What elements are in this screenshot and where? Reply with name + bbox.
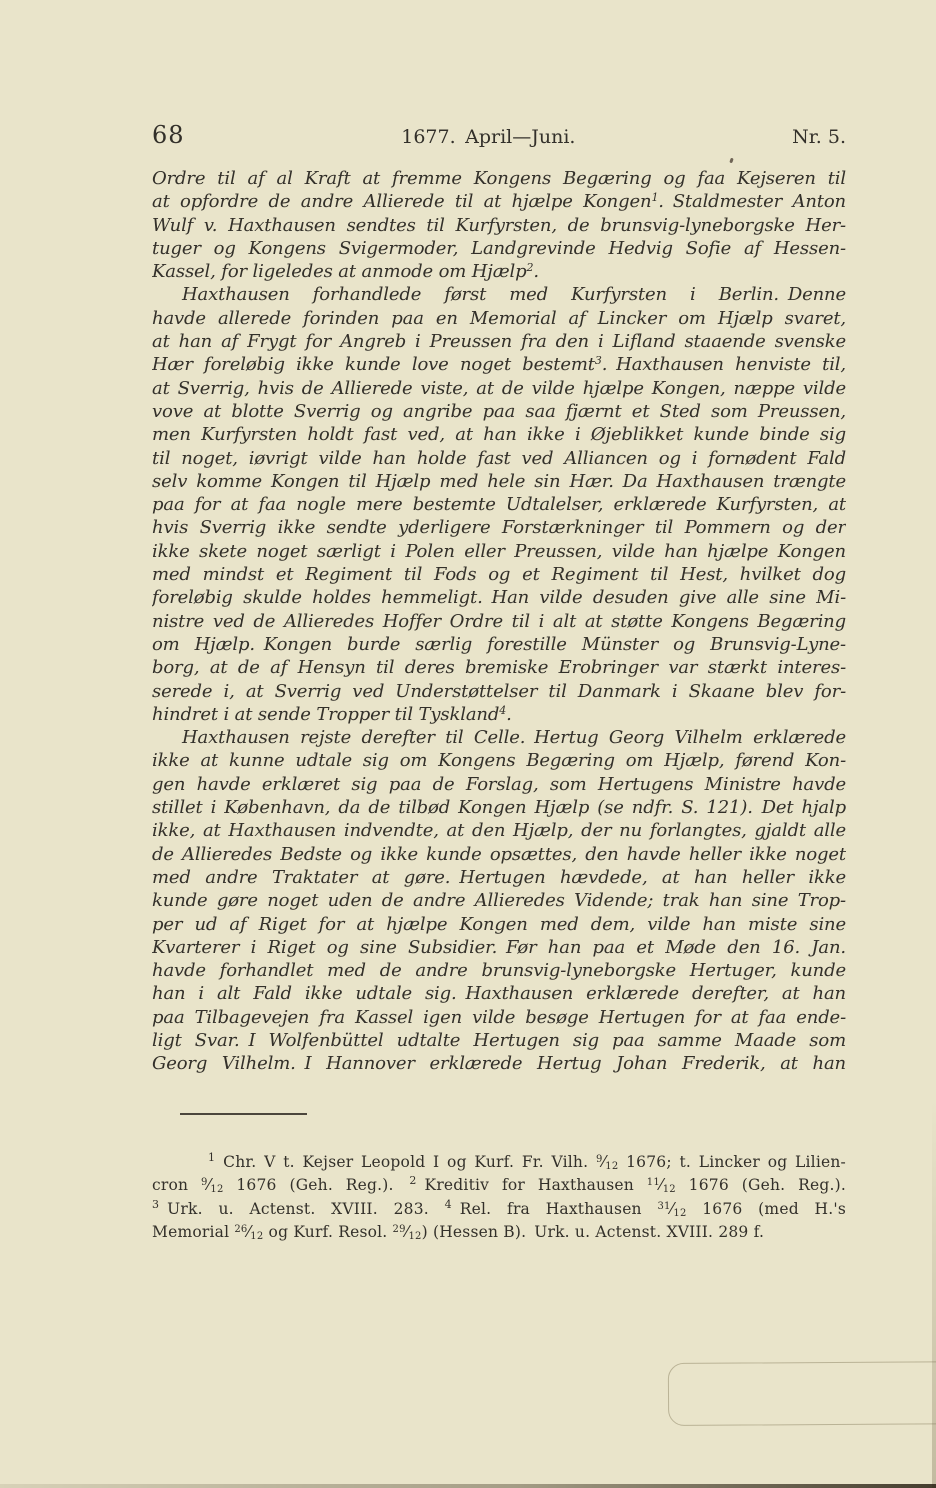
text-line: vove at blotte Sverrig og angribe paa sa… (152, 400, 846, 423)
scan-artifact-bottom-edge (0, 1484, 936, 1488)
text-line: at Sverrig, hvis de Allierede viste, at … (152, 377, 846, 400)
text-line: Wulf v. Haxthausen sendtes til Kurfyrste… (152, 214, 846, 237)
text-line: Ordre til af al Kraft at fremme Kongens … (152, 167, 846, 190)
date-fraction: 11⁄12 (647, 1176, 676, 1194)
running-header: 68 1677. April—Juni. Nr. 5. (152, 121, 846, 149)
scan-artifact-rounded-rect (668, 1361, 936, 1426)
text-line: hindret i at sende Tropper til Tyskland4… (152, 703, 846, 726)
footnote-marker: 2 (526, 261, 533, 274)
text-line: gen havde erklæret sig paa de Forslag, s… (152, 773, 846, 796)
scanned-book-page: 68 1677. April—Juni. Nr. 5. Ordre til af… (0, 0, 936, 1488)
text-line: per ud af Riget for at hjælpe Kongen med… (152, 913, 846, 936)
footnote-marker: 3 (595, 354, 602, 367)
text-line: om Hjælp. Kongen burde særlig forestille… (152, 633, 846, 656)
text-line: foreløbig skulde holdes hemmeligt. Han v… (152, 586, 846, 609)
text-line: Kvarterer i Riget og sine Subsidier. Før… (152, 936, 846, 959)
date-fraction: 9⁄12 (596, 1153, 618, 1171)
footnote-marker: 4 (499, 704, 506, 717)
text-line: at han af Frygt for Angreb i Preussen fr… (152, 330, 846, 353)
text-line: hvis Sverrig ikke sendte yderligere Fors… (152, 516, 846, 539)
text-line: borg, at de af Hensyn til deres bremiske… (152, 656, 846, 679)
text-line: Kassel, for ligeledes at anmode om Hjælp… (152, 260, 846, 283)
footnotes: 1 Chr. V t. Kejser Leopold I og Kurf. Fr… (152, 1151, 846, 1245)
footnote-marker: 1 (208, 1151, 215, 1164)
text-line: Haxthausen rejste derefter til Celle. He… (152, 726, 846, 749)
text-line: med mindst et Regiment til Fods og et Re… (152, 563, 846, 586)
text-line: cron 9⁄12 1676 (Geh. Reg.). 2 Kreditiv f… (152, 1174, 846, 1197)
footnote-marker: 3 (152, 1198, 159, 1211)
text-line: ligt Svar. I Wolfenbüttel udtalte Hertug… (152, 1029, 846, 1052)
date-fraction: 29⁄12 (393, 1223, 422, 1241)
header-date-range: 1677. April—Juni. (185, 126, 793, 148)
footnote-marker: 4 (445, 1198, 452, 1211)
footnote-marker: 2 (409, 1174, 416, 1187)
scan-artifact-right-edge (932, 1100, 936, 1488)
text-line: ikke skete noget særligt i Polen eller P… (152, 540, 846, 563)
footnote-marker: 1 (651, 191, 658, 204)
text-line: havde forhandlet med de andre brunsvig-l… (152, 959, 846, 982)
body-text: Ordre til af al Kraft at fremme Kongens … (152, 167, 846, 1076)
text-line: tuger og Kongens Svigermoder, Landgrevin… (152, 237, 846, 260)
text-line: nistre ved de Allieredes Hoffer Ordre ti… (152, 610, 846, 633)
text-line: ikke, at Haxthausen indvendte, at den Hj… (152, 819, 846, 842)
text-line: Hær foreløbig ikke kunde love noget best… (152, 353, 846, 376)
text-line: de Allieredes Bedste og ikke kunde opsæt… (152, 843, 846, 866)
date-fraction: 26⁄12 (234, 1223, 263, 1241)
text-line: 1 Chr. V t. Kejser Leopold I og Kurf. Fr… (152, 1151, 846, 1174)
header-document-number: Nr. 5. (792, 126, 846, 148)
text-line: serede i, at Sverrig ved Understøttelser… (152, 680, 846, 703)
date-fraction: 9⁄12 (201, 1176, 223, 1194)
text-line: Georg Vilhelm. I Hannover erklærede Hert… (152, 1052, 846, 1075)
text-line: selv komme Kongen til Hjælp med hele sin… (152, 470, 846, 493)
date-fraction: 31⁄12 (657, 1200, 686, 1218)
text-line: men Kurfyrsten holdt fast ved, at han ik… (152, 423, 846, 446)
text-line: Haxthausen forhandlede først med Kurfyrs… (152, 283, 846, 306)
text-line: havde allerede forinden paa en Memorial … (152, 307, 846, 330)
text-line: paa for at faa nogle mere bestemte Udtal… (152, 493, 846, 516)
text-line: med andre Traktater at gøre. Hertugen hæ… (152, 866, 846, 889)
text-line: han i alt Fald ikke udtale sig. Haxthaus… (152, 982, 846, 1005)
text-line: Memorial 26⁄12 og Kurf. Resol. 29⁄12) (H… (152, 1221, 846, 1244)
text-line: stillet i København, da de tilbød Kongen… (152, 796, 846, 819)
text-line: kunde gøre noget uden de andre Allierede… (152, 889, 846, 912)
text-line: ikke at kunne udtale sig om Kongens Begæ… (152, 749, 846, 772)
text-line: paa Tilbagevejen fra Kassel igen vilde b… (152, 1006, 846, 1029)
footnote-divider (180, 1113, 307, 1115)
text-line: 3 Urk. u. Actenst. XVIII. 283. 4 Rel. fr… (152, 1198, 846, 1221)
page-number: 68 (152, 121, 185, 149)
text-line: at opfordre de andre Allierede til at hj… (152, 190, 846, 213)
ink-speck (729, 158, 733, 164)
text-line: til noget, iøvrigt vilde han holde fast … (152, 447, 846, 470)
